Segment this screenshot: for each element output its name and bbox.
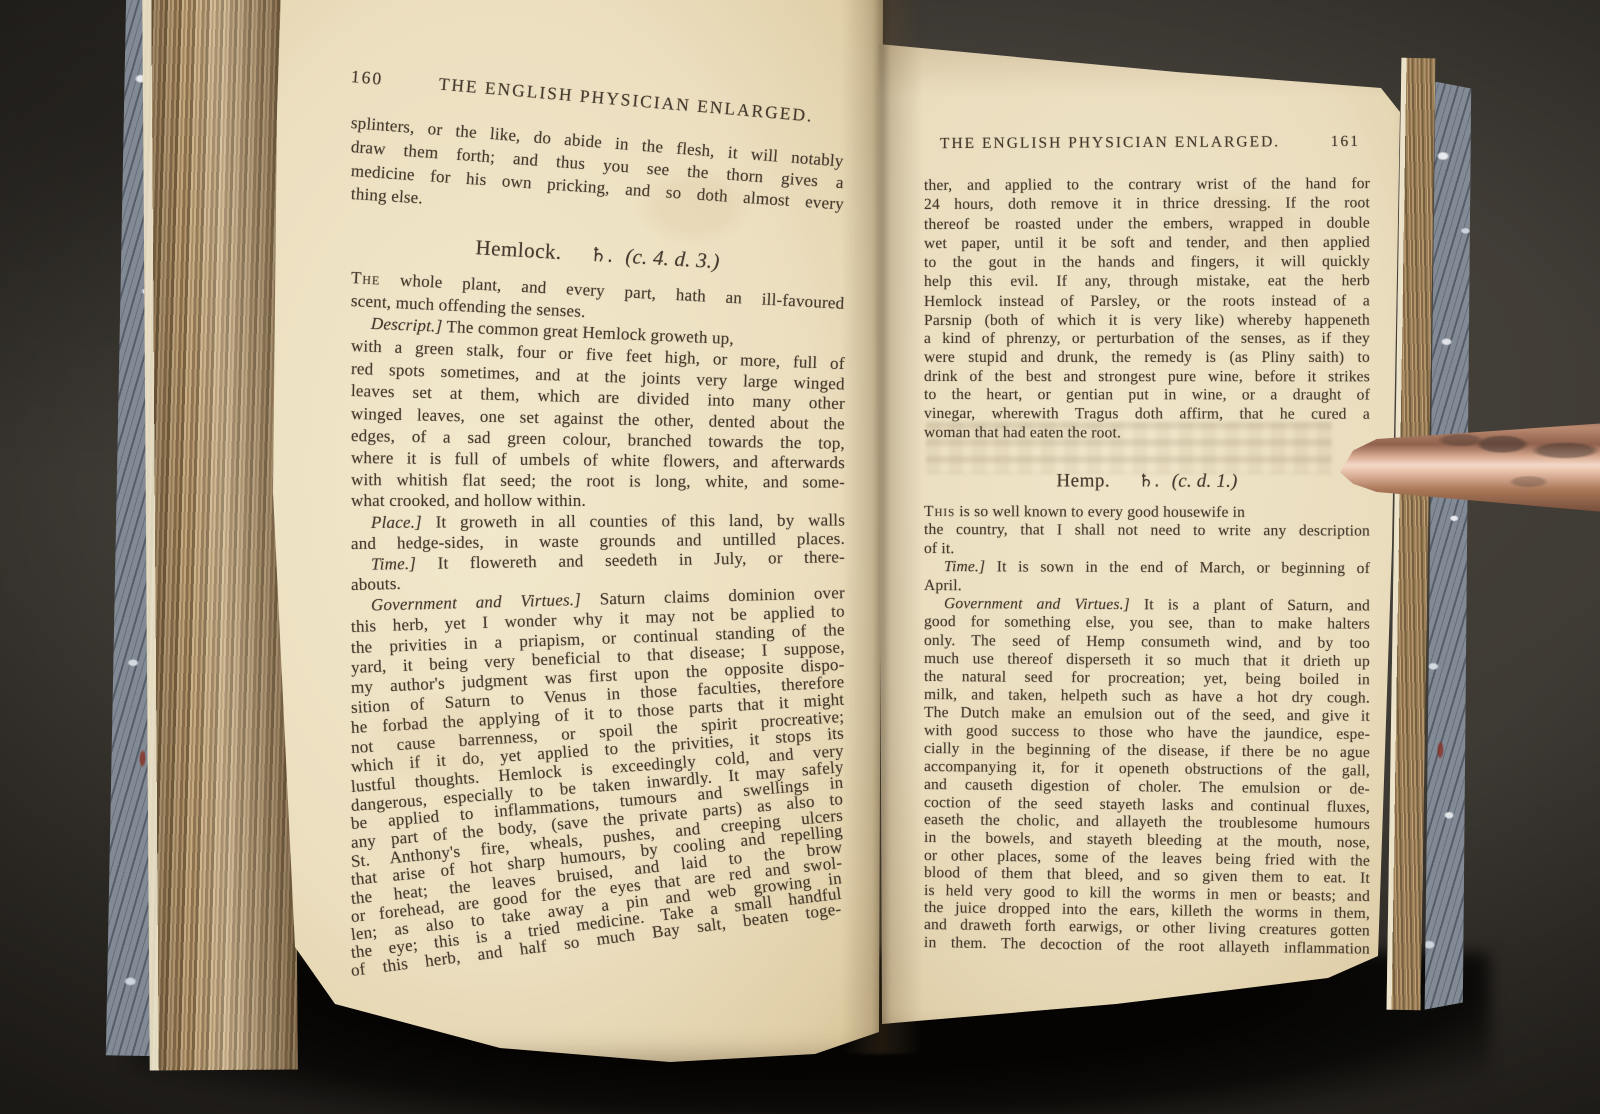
running-title: THE ENGLISH PHYSICIAN ENLARGED. xyxy=(940,133,1280,153)
text-line: Time.] It is sown in the end of March, o… xyxy=(924,558,1370,578)
saturn-symbol: ♄. xyxy=(589,243,614,267)
italic-lead: Time.] xyxy=(371,554,416,574)
italic-lead: Government and Virtues.] xyxy=(944,595,1130,613)
text-line: thereof be roasted under the embers, wra… xyxy=(924,213,1370,234)
left-page-text: splinters, or the like, do abide in the … xyxy=(351,111,845,979)
text-line: were stupid and drunk, the remedy is (as… xyxy=(924,349,1370,368)
small-caps-lead: This xyxy=(924,503,955,520)
small-caps-lead: The xyxy=(351,268,381,289)
text-line: ther, and applied to the contrary wrist … xyxy=(924,174,1370,195)
text-line: Hemlock instead of Parsley, or the roots… xyxy=(924,291,1370,311)
left-page-fore-edge xyxy=(142,0,298,1071)
right-page-text: ther, and applied to the contrary wrist … xyxy=(924,176,1370,951)
text-line: to the gout in the hands and fingers, it… xyxy=(924,252,1370,272)
page-number: 161 xyxy=(1331,133,1360,151)
right-page-header: THE ENGLISH PHYSICIAN ENLARGED. 161 xyxy=(934,133,1360,153)
left-page: 160 THE ENGLISH PHYSICIAN ENLARGED. spli… xyxy=(255,0,883,1062)
text-line: 24 hours, doth remove it in thrice dress… xyxy=(924,194,1370,215)
text-line: wet paper, until it be soft and tender, … xyxy=(924,233,1370,254)
saturn-symbol: ♄. xyxy=(1138,471,1160,491)
heading-note: (c. 4. d. 3.) xyxy=(625,244,720,273)
text-line: This is so well known to every good hous… xyxy=(924,503,1370,523)
text-line: what crooked, and hollow within. xyxy=(351,490,845,512)
text-line: drink of the best and strongest pure win… xyxy=(924,368,1370,387)
right-page: THE ENGLISH PHYSICIAN ENLARGED. 161 ther… xyxy=(876,26,1404,1036)
text-line: with whitish flat seed; the root is long… xyxy=(351,469,845,493)
page-number: 160 xyxy=(350,66,384,90)
text-line: Parsnip (both of which it is very like) … xyxy=(924,310,1370,329)
text-line: good for something else, you see, than t… xyxy=(924,613,1370,634)
text-line: a kind of phrenzy, or perturbation of th… xyxy=(924,329,1370,348)
show-through-text xyxy=(926,422,1332,474)
text-line: to the heart, or gentian put in wine, or… xyxy=(924,386,1370,405)
text-line: help this evil. If any, through mistake,… xyxy=(924,272,1370,292)
text-line: of it. xyxy=(924,540,1370,560)
italic-lead: Descript.] xyxy=(371,314,443,336)
text-line: the country, that I shall not need to wr… xyxy=(924,521,1370,541)
book-photograph: 160 THE ENGLISH PHYSICIAN ENLARGED. spli… xyxy=(0,0,1600,1114)
herb-name: Hemlock. xyxy=(475,235,562,264)
italic-lead: Time.] xyxy=(944,558,985,575)
text-line: April. xyxy=(924,577,1370,598)
italic-lead: Place.] xyxy=(371,512,422,531)
